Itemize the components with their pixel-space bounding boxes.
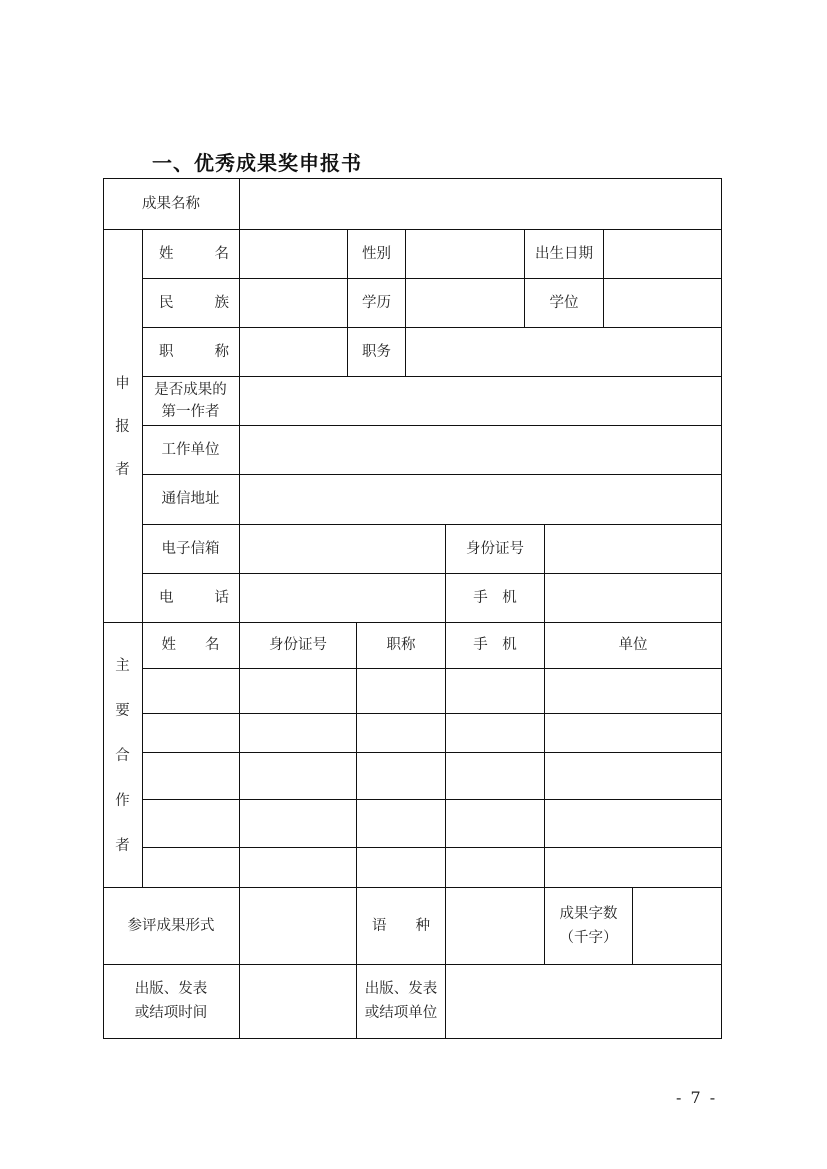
collab-col-id: 身份证号 [240, 622, 356, 668]
gender-field[interactable] [406, 230, 524, 278]
publish-unit-label: 出版、发表 或结项单位 [357, 964, 445, 1038]
name-field[interactable] [240, 230, 347, 278]
collab-unit-field[interactable] [545, 848, 721, 887]
id-number-field[interactable] [545, 525, 721, 573]
collab-id-field[interactable] [240, 669, 356, 713]
word-count-label: 成果字数 （千字） [545, 887, 632, 964]
first-author-field[interactable] [240, 377, 721, 425]
collab-name-field[interactable] [143, 714, 239, 752]
collab-col-unit: 单位 [545, 622, 721, 668]
gender-label: 性别 [348, 229, 405, 278]
email-label: 电子信箱 [142, 524, 239, 573]
collab-title-field[interactable] [357, 669, 445, 713]
education-label: 学历 [348, 278, 405, 327]
collab-mobile-field[interactable] [446, 753, 544, 799]
name-label: 姓名 [159, 229, 229, 278]
word-count-field[interactable] [633, 888, 721, 964]
collab-name-field[interactable] [143, 669, 239, 713]
achievement-form-label: 参评成果形式 [103, 887, 239, 964]
collab-title-field[interactable] [357, 848, 445, 887]
applicant-group-label: 申 报 者 [103, 229, 142, 622]
collab-title-field[interactable] [357, 800, 445, 847]
collaborators-group-label: 主 要 合 作 者 [103, 622, 142, 887]
collab-unit-field[interactable] [545, 714, 721, 752]
education-field[interactable] [406, 279, 524, 327]
collab-col-mobile: 手 机 [446, 622, 544, 668]
degree-field[interactable] [604, 279, 721, 327]
phone-field[interactable] [240, 574, 445, 622]
achievement-name-label: 成果名称 [103, 178, 239, 229]
achievement-name-field[interactable] [240, 179, 721, 229]
collab-name-field[interactable] [143, 848, 239, 887]
collab-unit-field[interactable] [545, 800, 721, 847]
position-field[interactable] [406, 328, 721, 376]
collab-col-name: 姓 名 [142, 622, 239, 668]
title-label: 职称 [159, 327, 229, 376]
collab-col-title: 职称 [357, 622, 445, 668]
collab-id-field[interactable] [240, 800, 356, 847]
address-label: 通信地址 [142, 474, 239, 524]
workplace-label: 工作单位 [142, 425, 239, 474]
collab-name-field[interactable] [143, 753, 239, 799]
birthdate-label: 出生日期 [525, 229, 603, 278]
language-label: 语 种 [357, 887, 445, 964]
ethnicity-field[interactable] [240, 279, 347, 327]
mobile-label: 手 机 [446, 573, 544, 622]
collab-id-field[interactable] [240, 714, 356, 752]
phone-label: 电话 [159, 573, 229, 622]
workplace-field[interactable] [240, 426, 721, 474]
table-border-right [721, 178, 722, 1039]
publish-time-field[interactable] [240, 965, 356, 1038]
collab-mobile-field[interactable] [446, 800, 544, 847]
section-title: 一、优秀成果奖申报书 [152, 147, 362, 176]
collab-name-field[interactable] [143, 800, 239, 847]
collab-id-field[interactable] [240, 753, 356, 799]
collab-title-field[interactable] [357, 714, 445, 752]
achievement-form-field[interactable] [240, 888, 356, 964]
id-number-label: 身份证号 [446, 524, 544, 573]
email-field[interactable] [240, 525, 445, 573]
table-border-bottom [103, 1038, 722, 1039]
page-number: - 7 - [676, 1088, 717, 1107]
first-author-label: 是否成果的 第一作者 [142, 376, 239, 425]
position-label: 职务 [348, 327, 405, 376]
title-field[interactable] [240, 328, 347, 376]
address-field[interactable] [240, 475, 721, 524]
collab-mobile-field[interactable] [446, 848, 544, 887]
collab-title-field[interactable] [357, 753, 445, 799]
collab-mobile-field[interactable] [446, 714, 544, 752]
publish-time-label: 出版、发表 或结项时间 [103, 964, 239, 1038]
collab-unit-field[interactable] [545, 753, 721, 799]
mobile-field[interactable] [545, 574, 721, 622]
publish-unit-field[interactable] [446, 965, 721, 1038]
language-field[interactable] [446, 888, 544, 964]
collab-unit-field[interactable] [545, 669, 721, 713]
birthdate-field[interactable] [604, 230, 721, 278]
collab-mobile-field[interactable] [446, 669, 544, 713]
ethnicity-label: 民族 [159, 278, 229, 327]
collab-id-field[interactable] [240, 848, 356, 887]
degree-label: 学位 [525, 278, 603, 327]
